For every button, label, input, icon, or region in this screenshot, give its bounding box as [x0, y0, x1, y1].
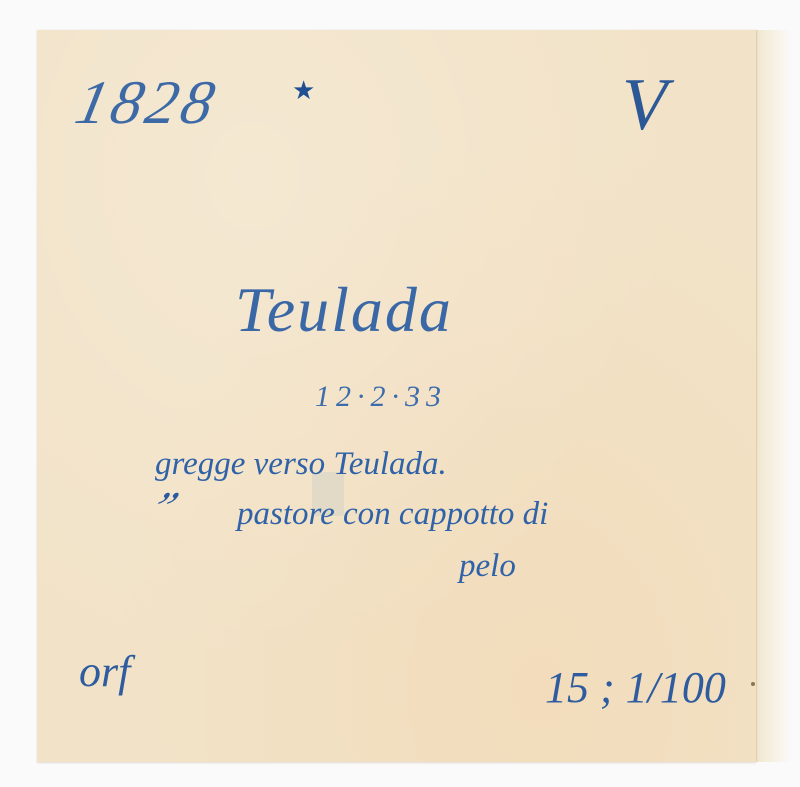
caption-line-1: gregge verso Teulada. [155, 448, 447, 481]
place-name: Teulada [235, 278, 453, 342]
photographer-initials: orf [79, 650, 130, 694]
archive-card: 1828 ★ V Teulada 12·2·33 gregge verso Te… [37, 30, 756, 762]
exposure-setting: 15 ; 1/100 [545, 666, 726, 710]
star-icon: ★ [292, 78, 315, 104]
volume-mark: V [622, 68, 667, 142]
catalog-number: 1828 [70, 72, 223, 134]
caption-line-2: pastore con cappotto di [237, 498, 548, 531]
caption-line-3: pelo [459, 550, 516, 583]
ditto-mark: ” [136, 486, 186, 530]
underlying-card-edge [752, 30, 792, 762]
date: 12·2·33 [315, 382, 447, 412]
scan-background: 1828 ★ V Teulada 12·2·33 gregge verso Te… [0, 0, 800, 787]
paper-speck [751, 682, 755, 686]
